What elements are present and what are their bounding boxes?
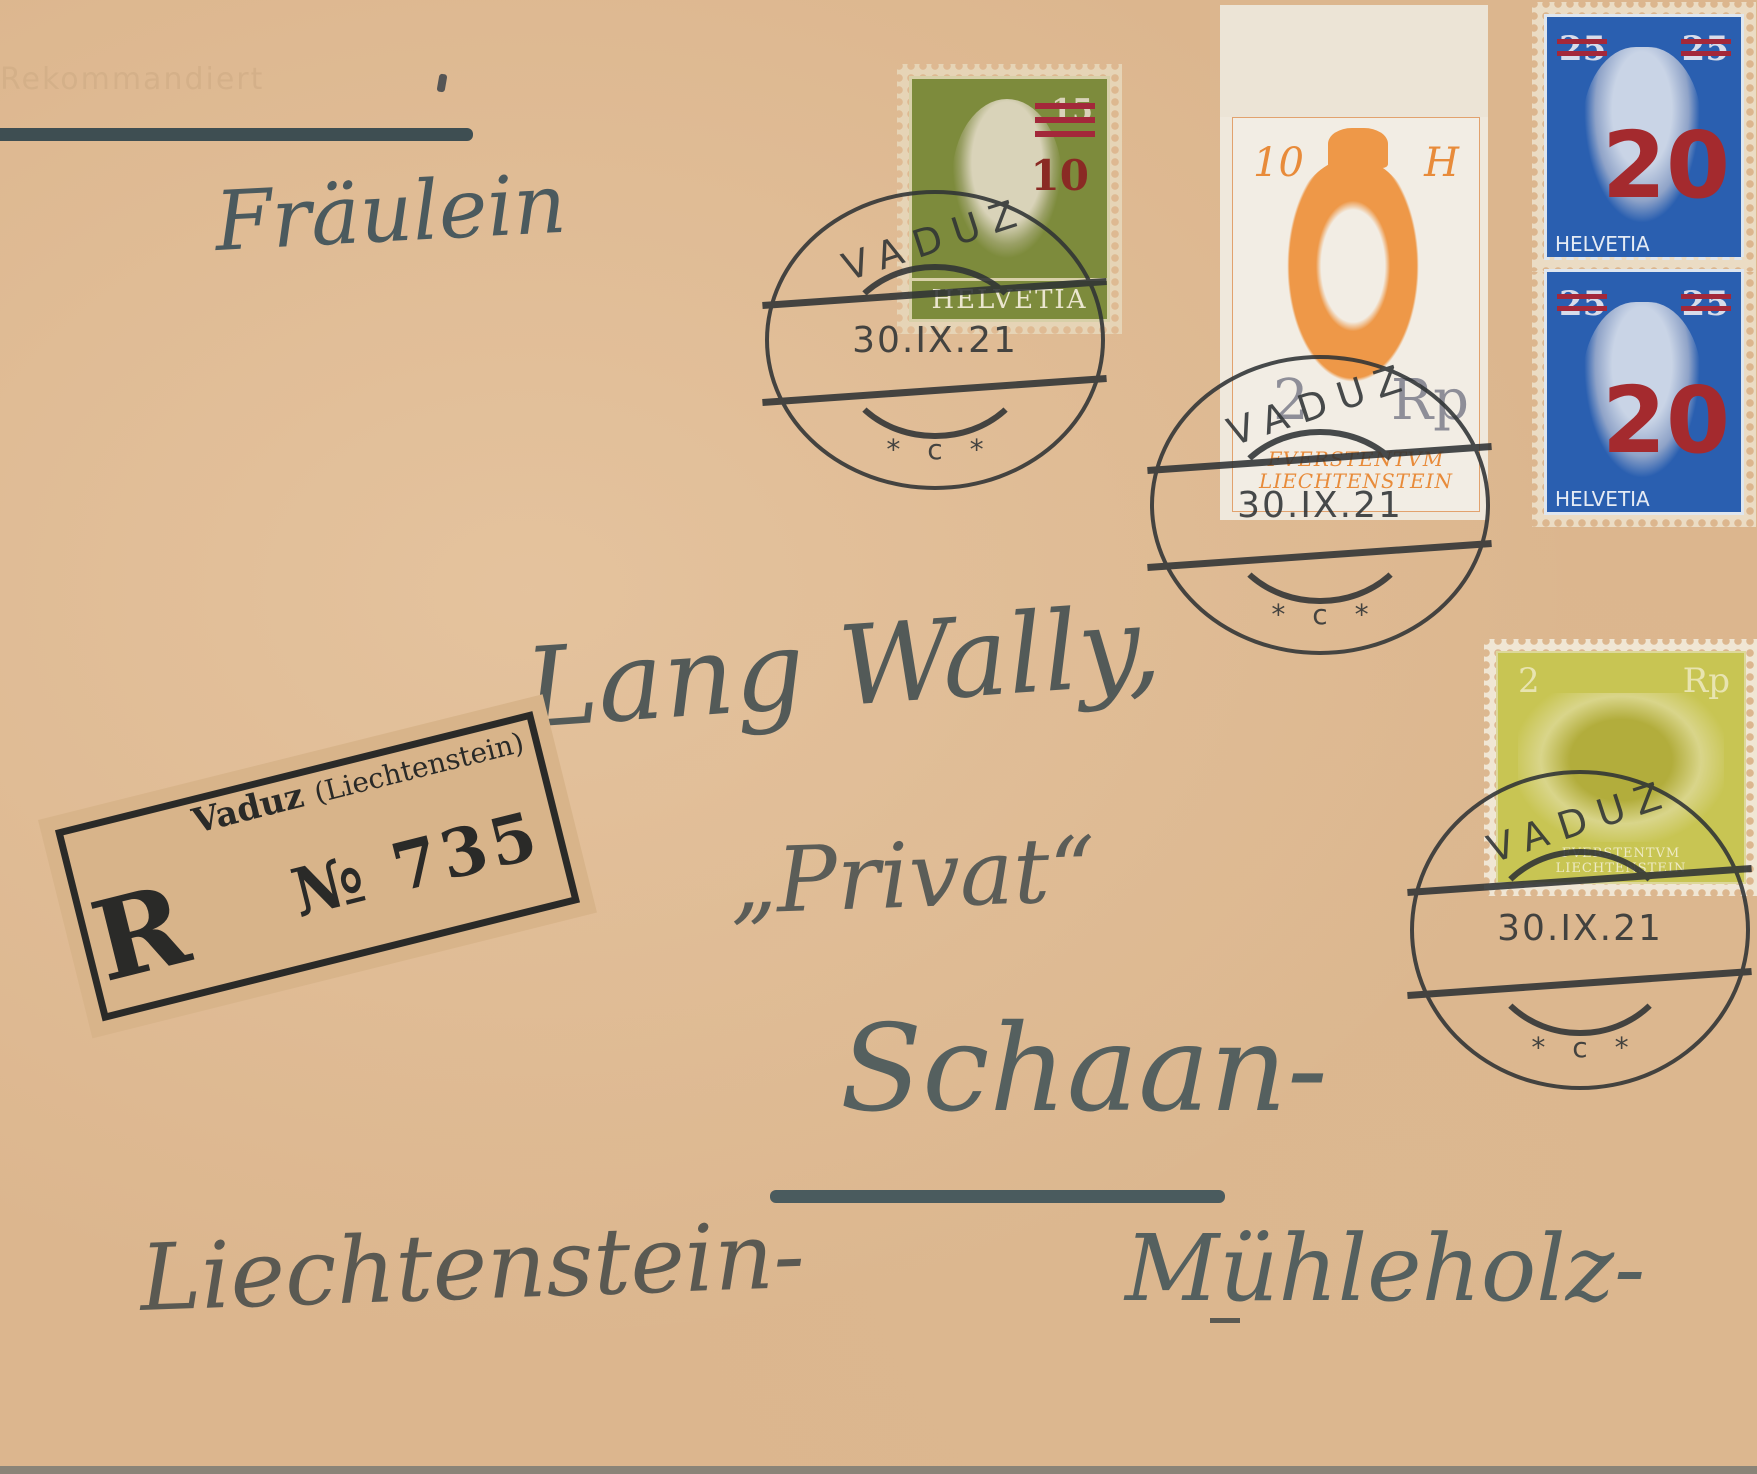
stamp-original-value: 25 [1682,284,1729,324]
street-underline [1210,1318,1240,1323]
address-salutation: Fräulein [213,157,569,270]
surcharge-bar [1035,131,1095,137]
stamp-country: HELVETIA [1547,486,1741,512]
stamp-value-left: 10 [1253,140,1304,186]
postmark-office: * c * [1154,598,1486,631]
stamp-original-value: 25 [1559,284,1606,324]
crown-icon [1328,128,1388,168]
surcharge-bar [1681,39,1731,44]
postmark: VADUZ 30.IX.21 * c * [1410,770,1750,1090]
postmark-date: 30.IX.21 [1154,485,1486,526]
town-underline [770,1190,1225,1203]
printed-heading: Rekommandiert [0,62,460,102]
postmark-date: 30.IX.21 [1414,908,1746,949]
stamp-surcharge: 20 [1602,112,1730,219]
surcharge-bar [1557,39,1607,44]
stamp-helvetia-seated: 25 25 20 HELVETIA [1538,8,1750,266]
postmark-office: * c * [769,433,1101,466]
address-town: Schaan- [840,1000,1328,1139]
stamp-value-right: Rp [1683,661,1730,701]
address-note: „Privat“ [728,817,1097,935]
address-street: Mühleholz- [1125,1215,1645,1322]
envelope: Rekommandiert Fräulein 15 10 HELVETIA 10… [0,0,1757,1474]
stamp-helvetia-seated: 25 25 20 HELVETIA [1538,263,1750,521]
stamp-country: HELVETIA [1547,231,1741,257]
surcharge-bar [1557,294,1607,299]
envelope-bottom-edge [0,1466,1757,1474]
address-country: Liechtenstein- [138,1202,806,1332]
heading-rule [0,128,473,141]
surcharge-bar [1035,103,1095,109]
stamp-value-right: H [1424,140,1459,186]
address-name: Lang Wally, [521,581,1165,753]
surcharge-bar [1035,117,1095,123]
stamp-original-value: 25 [1682,29,1729,69]
postmark: VADUZ 30.IX.21 * c * [1150,355,1490,655]
registration-label: R Vaduz (Liechtenstein) № 735 [38,694,597,1038]
stamp-surcharge: 20 [1602,367,1730,474]
stamp-original-value: 25 [1559,29,1606,69]
stamp-value-left: 2 [1518,661,1540,701]
postmark-date: 30.IX.21 [769,320,1101,361]
surcharge-bar [1681,294,1731,299]
postmark-office: * c * [1414,1031,1746,1064]
postmark: VADUZ 30.IX.21 * c * [765,190,1105,490]
sheet-margin [1220,5,1488,117]
